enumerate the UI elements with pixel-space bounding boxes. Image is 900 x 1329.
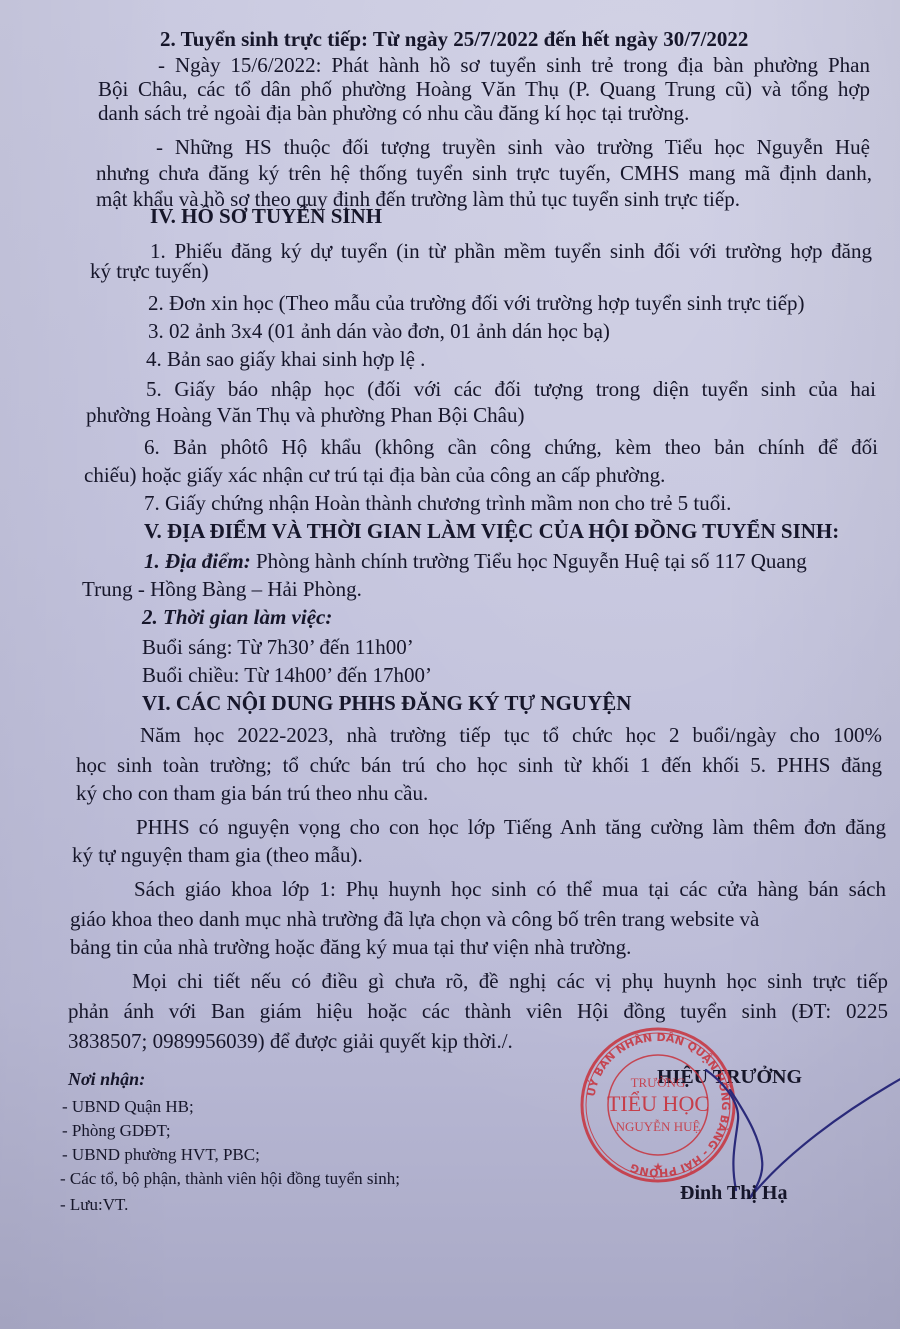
vi-p2-line1: PHHS có nguyện vọng cho con học lớp Tiến… — [136, 814, 886, 840]
doc-item-1-line1: 1. Phiếu đăng ký dự tuyển (in từ phần mề… — [150, 238, 872, 264]
signer-name: Đinh Thị Hạ — [680, 1180, 787, 1206]
section-2-p1-line1: - Ngày 15/6/2022: Phát hành hồ sơ tuyển … — [158, 52, 870, 78]
recipient-item: - UBND Quận HB; — [62, 1096, 194, 1118]
hours-morning: Buổi sáng: Từ 7h30’ đến 11h00’ — [142, 634, 414, 660]
hours-label: 2. Thời gian làm việc: — [142, 604, 332, 630]
vi-p3-line2: giáo khoa theo danh mục nhà trường đã lự… — [70, 906, 759, 932]
vi-p4-line3: 3838507; 0989956039) để được giải quyết … — [68, 1028, 513, 1054]
vi-p3-line3: bảng tin của nhà trường hoặc đăng ký mua… — [70, 934, 631, 960]
doc-item-5-line1: 5. Giấy báo nhập học (đối với các đối tư… — [146, 376, 876, 402]
section-2-p2-line1: - Những HS thuộc đối tượng truyền sinh v… — [156, 134, 870, 160]
section-vi-title: VI. CÁC NỘI DUNG PHHS ĐĂNG KÝ TỰ NGUYỆN — [142, 690, 631, 716]
vi-p3-line1: Sách giáo khoa lớp 1: Phụ huynh học sinh… — [134, 876, 886, 902]
location-line1: 1. Địa điểm: Phòng hành chính trường Tiể… — [144, 548, 807, 574]
doc-item-2: 2. Đơn xin học (Theo mẫu của trường đối … — [148, 290, 805, 316]
vi-p4-line2: phản ánh với Ban giám hiệu hoặc các thàn… — [68, 998, 888, 1024]
recipient-item: - Phòng GDĐT; — [62, 1120, 171, 1142]
stamp-line2: TIỂU HỌC — [607, 1091, 709, 1116]
recipient-item: - Lưu:VT. — [60, 1194, 128, 1216]
doc-item-7: 7. Giấy chứng nhận Hoàn thành chương trì… — [144, 490, 731, 516]
doc-item-4: 4. Bản sao giấy khai sinh hợp lệ . — [146, 346, 425, 372]
section-iv-title: IV. HỒ SƠ TUYỂN SINH — [150, 203, 382, 229]
section-2-p2-line2: nhưng chưa đăng ký trên hệ thống tuyển s… — [96, 160, 872, 186]
doc-item-3: 3. 02 ảnh 3x4 (01 ảnh dán vào đơn, 01 ản… — [148, 318, 610, 344]
doc-item-1-line2: ký trực tuyến) — [90, 258, 209, 284]
section-2-p1-line3: danh sách trẻ ngoài địa bàn phường có nh… — [98, 100, 689, 126]
recipient-item: - Các tổ, bộ phận, thành viên hội đồng t… — [60, 1168, 400, 1190]
doc-item-5-line2: phường Hoàng Văn Thụ và phường Phan Bội … — [86, 402, 525, 428]
vi-p1-line3: ký cho con tham gia bán trú theo nhu cầu… — [76, 780, 428, 806]
vi-p1-line1: Năm học 2022-2023, nhà trường tiếp tục t… — [140, 722, 882, 748]
recipient-item: - UBND phường HVT, PBC; — [62, 1144, 260, 1166]
vi-p4-line1: Mọi chi tiết nếu có điều gì chưa rõ, đề … — [132, 968, 888, 994]
section-2-title: 2. Tuyển sinh trực tiếp: Từ ngày 25/7/20… — [160, 26, 748, 52]
location-line2: Trung - Hồng Bàng – Hải Phòng. — [82, 576, 362, 602]
doc-item-6-line1: 6. Bản phôtô Hộ khẩu (không cần công chứ… — [144, 434, 878, 460]
location-text: Phòng hành chính trường Tiểu học Nguyễn … — [251, 549, 807, 573]
stamp-line3: NGUYỄN HUỆ — [616, 1119, 701, 1134]
doc-item-6-line2: chiếu) hoặc giấy xác nhận cư trú tại địa… — [84, 462, 665, 488]
vi-p2-line2: ký tự nguyện tham gia (theo mẫu). — [72, 842, 363, 868]
hours-afternoon: Buổi chiều: Từ 14h00’ đến 17h00’ — [142, 662, 432, 688]
location-label: 1. Địa điểm: — [144, 549, 251, 573]
svg-text:★: ★ — [653, 1160, 664, 1174]
stamp-line1: TRƯỜNG — [631, 1075, 686, 1090]
vi-p1-line2: học sinh toàn trường; tổ chức bán trú ch… — [76, 752, 882, 778]
section-2-p1-line2: Bội Châu, các tổ dân phố phường Hoàng Vă… — [98, 76, 870, 102]
section-v-title: V. ĐỊA ĐIỂM VÀ THỜI GIAN LÀM VIỆC CỦA HỘ… — [144, 518, 839, 544]
recipients-title: Nơi nhận: — [68, 1068, 145, 1090]
